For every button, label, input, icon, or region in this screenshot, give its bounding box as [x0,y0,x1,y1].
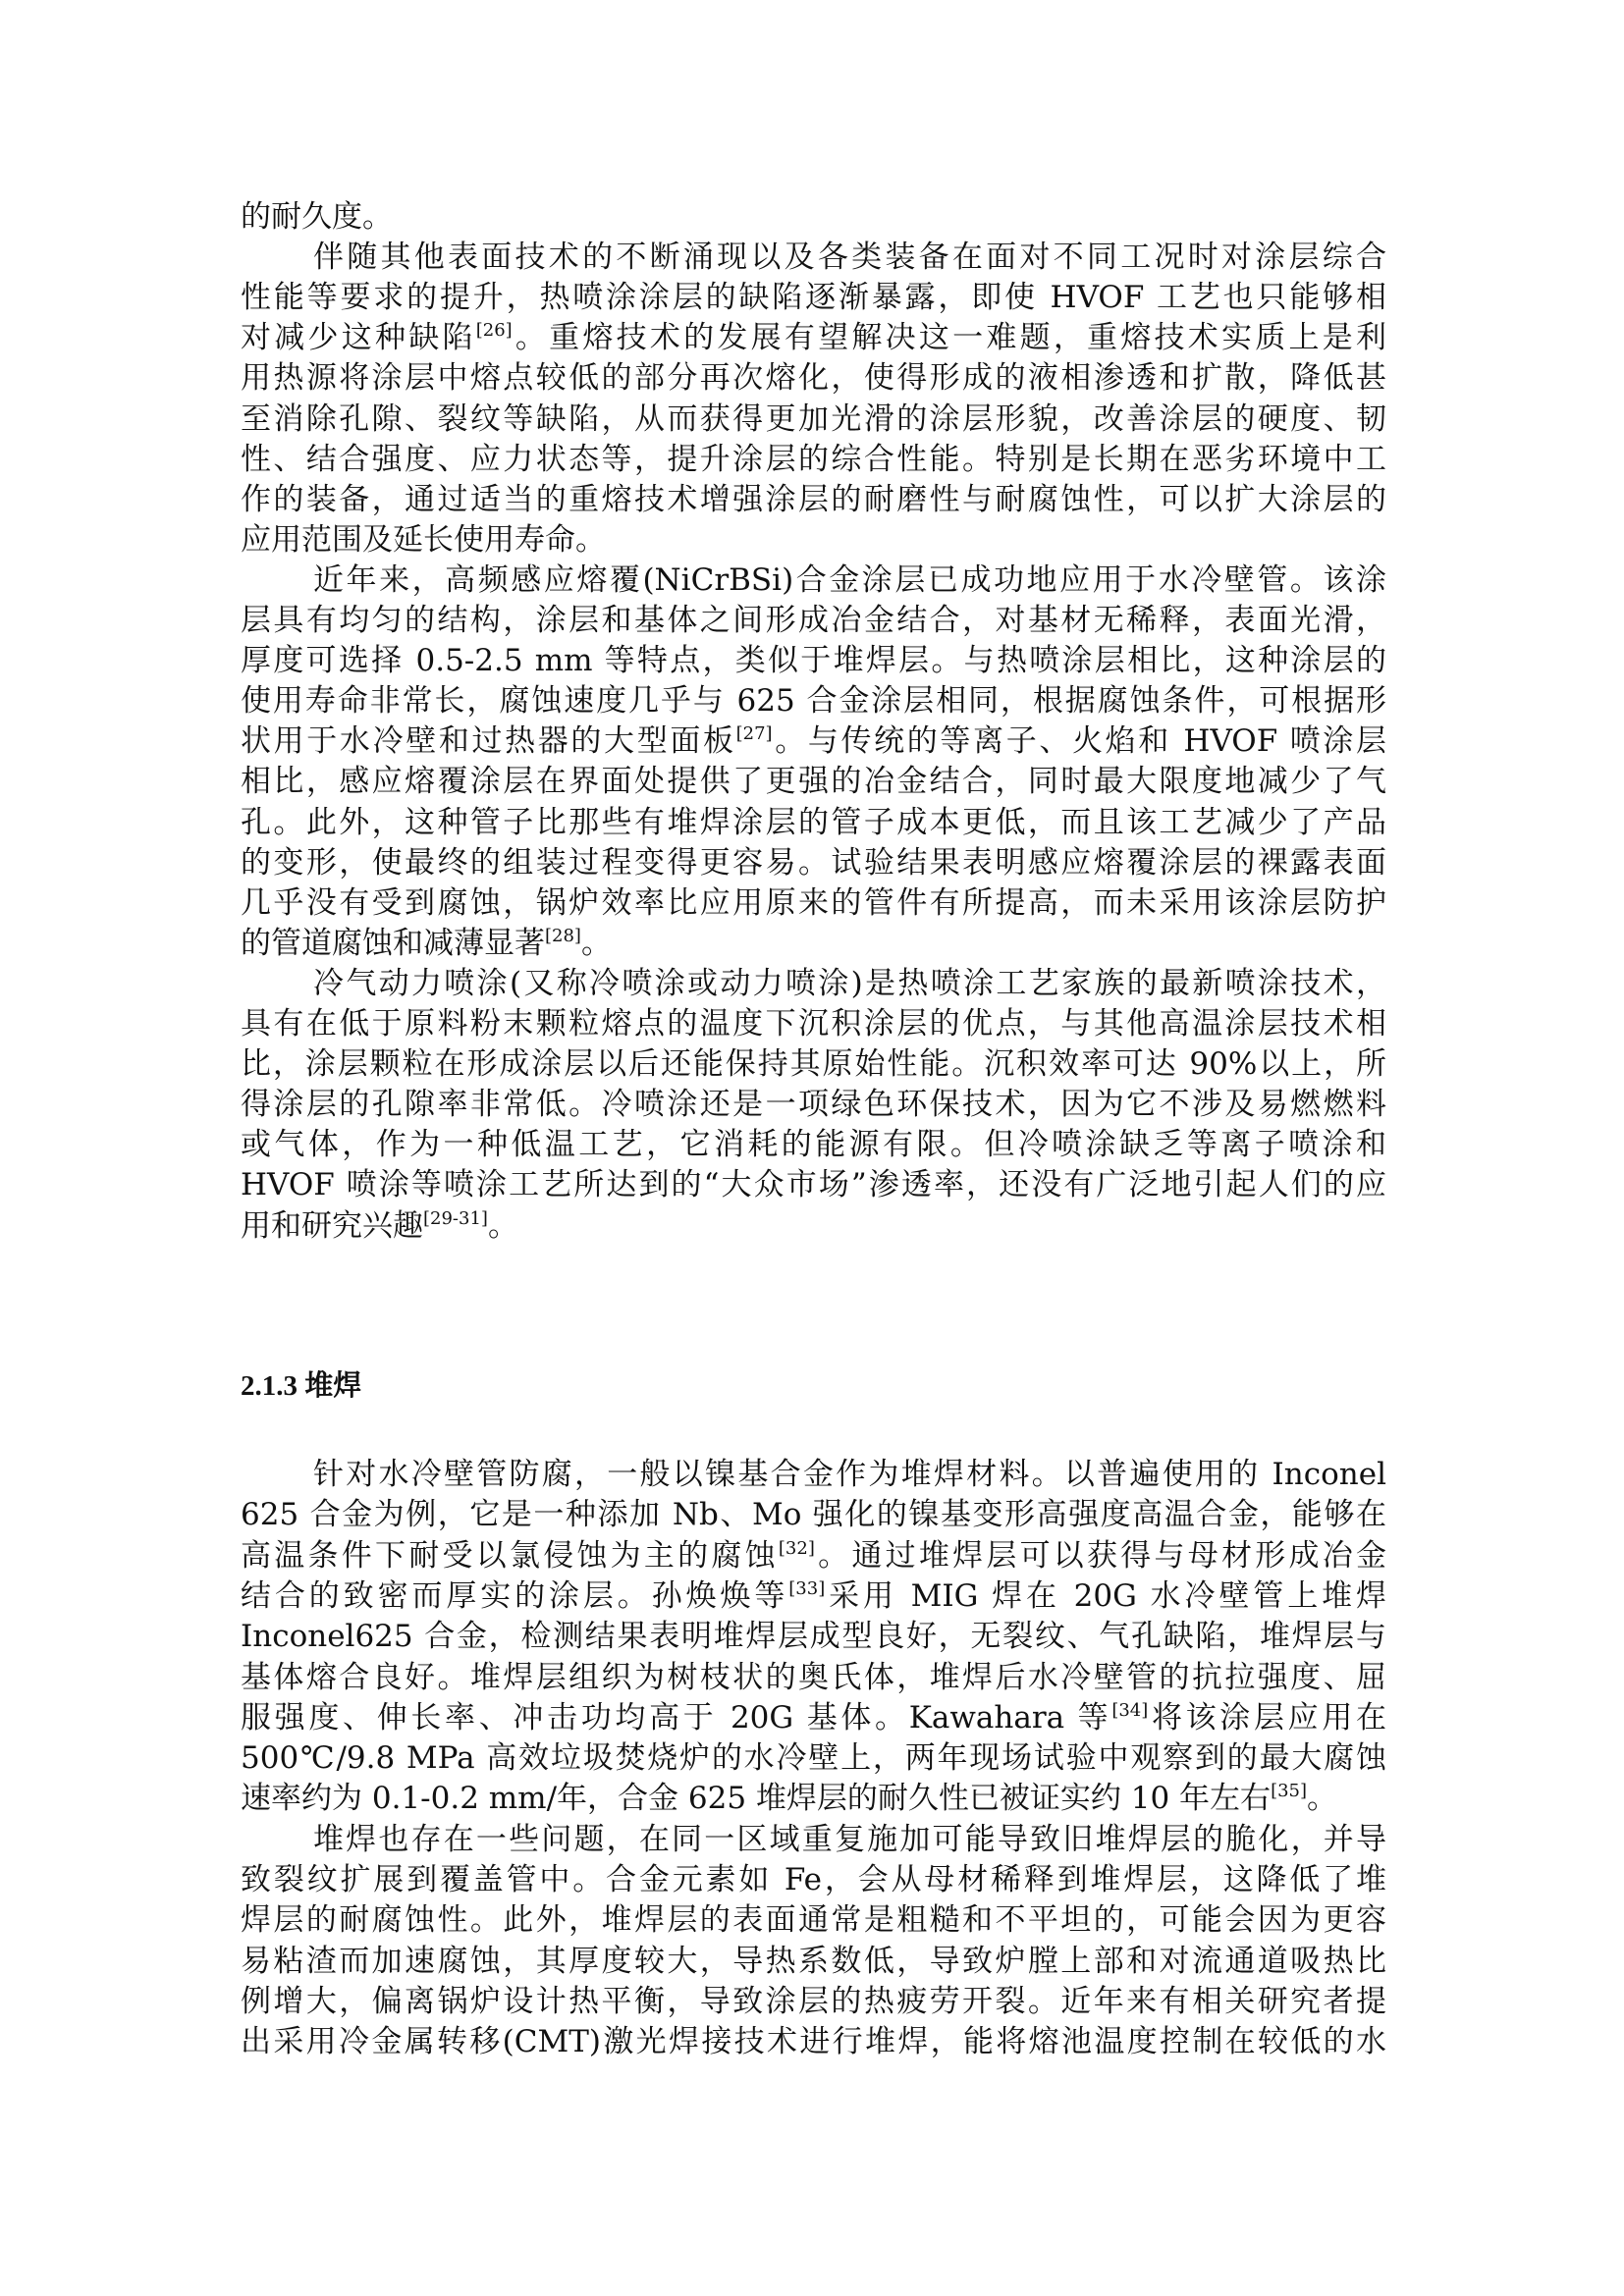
citation-reference: [29-31] [423,1208,488,1229]
line-text-continued: 采用 MIG 焊在 20G 水冷壁管上堆焊 [825,1578,1386,1614]
text-line: 用热源将涂层中熔点较低的部分再次熔化，使得形成的液相渗透和扩散，降低甚 [241,358,1386,398]
citation-reference: [32] [779,1538,815,1559]
text-line: 冷气动力喷涂(又称冷喷涂或动力喷涂)是热喷涂工艺家族的最新喷涂技术， [241,964,1386,1003]
text-line: 的耐久度。 [241,197,1386,237]
line-text: 层具有均匀的结构，涂层和基体之间形成冶金结合，对基材无稀释，表面光滑， [241,603,1386,638]
line-text: 用和研究兴趣 [241,1208,423,1244]
line-text: 基体熔合良好。堆焊层组织为树枝状的奥氏体，堆焊后水冷壁管的抗拉强度、屈 [241,1660,1386,1695]
text-line: 近年来，高频感应熔覆(NiCrBSi)合金涂层已成功地应用于水冷壁管。该涂 [241,561,1386,600]
line-text: 至消除孔隙、裂纹等缺陷，从而获得更加光滑的涂层形貌，改善涂层的硬度、韧 [241,401,1386,437]
citation-reference: [27] [736,723,773,744]
text-line: 得涂层的孔隙率非常低。冷喷涂还是一项绿色环保技术，因为它不涉及易燃燃料 [241,1085,1386,1124]
text-line: 速率约为 0.1-0.2 mm/年，合金 625 堆焊层的耐久性已被证实约 10… [241,1779,1386,1818]
line-text: 冷气动力喷涂(又称冷喷涂或动力喷涂)是热喷涂工艺家族的最新喷涂技术， [313,966,1386,1001]
text-line: 服强度、伸长率、冲击功均高于 20G 基体。Kawahara 等[34]将该涂层… [241,1698,1386,1737]
line-text: Inconel625 合金，检测结果表明堆焊层成型良好，无裂纹、气孔缺陷，堆焊层… [241,1619,1386,1654]
text-line: 致裂纹扩展到覆盖管中。合金元素如 Fe，会从母材稀释到堆焊层，这降低了堆 [241,1860,1386,1899]
line-text: 厚度可选择 0.5-2.5 mm 等特点，类似于堆焊层。与热喷涂层相比，这种涂层… [241,643,1386,678]
text-line: 易粘渣而加速腐蚀，其厚度较大，导热系数低，导致炉膛上部和对流通道吸热比 [241,1942,1386,1981]
citation-reference: [28] [545,926,581,946]
line-text-continued: 将该涂层应用在 [1148,1700,1386,1735]
line-text: 的变形，使最终的组装过程变得更容易。试验结果表明感应熔覆涂层的裸露表面 [241,845,1386,881]
line-text: 例增大，偏离锅炉设计热平衡，导致涂层的热疲劳开裂。近年来有相关研究者提 [241,1984,1386,2019]
line-text-continued: 。 [1307,1781,1337,1816]
text-line: 基体熔合良好。堆焊层组织为树枝状的奥氏体，堆焊后水冷壁管的抗拉强度、屈 [241,1658,1386,1697]
line-text: HVOF 喷涂等喷涂工艺所达到的“大众市场”渗透率，还没有广泛地引起人们的应 [241,1167,1386,1202]
line-text: 速率约为 0.1-0.2 mm/年，合金 625 堆焊层的耐久性已被证实约 10… [241,1781,1271,1816]
text-line: 至消除孔隙、裂纹等缺陷，从而获得更加光滑的涂层形貌，改善涂层的硬度、韧 [241,400,1386,439]
line-text-continued: 。 [581,926,612,961]
line-text-continued: 。与传统的等离子、火焰和 HVOF 喷涂层 [773,723,1386,759]
text-line: 出采用冷金属转移(CMT)激光焊接技术进行堆焊，能将熔池温度控制在较低的水 [241,2022,1386,2061]
text-line: 针对水冷壁管防腐，一般以镍基合金作为堆焊材料。以普遍使用的 Inconel [241,1455,1386,1494]
text-line: 作的装备，通过适当的重熔技术增强涂层的耐磨性与耐腐蚀性，可以扩大涂层的 [241,480,1386,519]
text-line: 堆焊也存在一些问题，在同一区域重复施加可能导致旧堆焊层的脆化，并导 [241,1820,1386,1859]
citation-reference: [26] [476,320,513,341]
text-line: 焊层的耐腐蚀性。此外，堆焊层的表面通常是粗糙和不平坦的，可能会因为更容 [241,1900,1386,1940]
line-text: 的管道腐蚀和减薄显著 [241,926,545,961]
line-text: 比，涂层颗粒在形成涂层以后还能保持其原始性能。沉积效率可达 90%以上，所 [241,1046,1386,1082]
line-text: 孔。此外，这种管子比那些有堆焊涂层的管子成本更低，而且该工艺减少了产品 [241,805,1386,840]
text-line: 孔。此外，这种管子比那些有堆焊涂层的管子成本更低，而且该工艺减少了产品 [241,803,1386,842]
text-line: HVOF 喷涂等喷涂工艺所达到的“大众市场”渗透率，还没有广泛地引起人们的应 [241,1165,1386,1204]
line-text: 具有在低于原料粉末颗粒熔点的温度下沉积涂层的优点，与其他高温涂层技术相 [241,1006,1386,1041]
line-text-continued: 。 [488,1208,518,1244]
text-line: 应用范围及延长使用寿命。 [241,520,1386,560]
line-text: 用热源将涂层中熔点较低的部分再次熔化，使得形成的液相渗透和扩散，降低甚 [241,360,1386,396]
line-text: 焊层的耐腐蚀性。此外，堆焊层的表面通常是粗糙和不平坦的，可能会因为更容 [241,1902,1386,1938]
line-text: 性、结合强度、应力状态等，提升涂层的综合性能。特别是长期在恶劣环境中工 [241,442,1386,477]
text-line: 用和研究兴趣[29-31]。 [241,1206,1386,1246]
line-text: 致裂纹扩展到覆盖管中。合金元素如 Fe，会从母材稀释到堆焊层，这降低了堆 [241,1862,1386,1897]
line-text: 堆焊也存在一些问题，在同一区域重复施加可能导致旧堆焊层的脆化，并导 [313,1822,1386,1857]
citation-reference: [35] [1271,1781,1307,1801]
text-line: 625 合金为例，它是一种添加 Nb、Mo 强化的镍基变形高强度高温合金，能够在 [241,1495,1386,1534]
line-text: 相比，感应熔覆涂层在界面处提供了更强的冶金结合，同时最大限度地减少了气 [241,764,1386,799]
line-text: 作的装备，通过适当的重熔技术增强涂层的耐磨性与耐腐蚀性，可以扩大涂层的 [241,482,1386,517]
document-page: 的耐久度。伴随其他表面技术的不断涌现以及各类装备在面对不同工况时对涂层综合性能等… [0,0,1624,2296]
text-line: Inconel625 合金，检测结果表明堆焊层成型良好，无裂纹、气孔缺陷，堆焊层… [241,1617,1386,1656]
citation-reference: [33] [788,1578,825,1599]
line-text: 500℃/9.8 MPa 高效垃圾焚烧炉的水冷壁上，两年现场试验中观察到的最大腐… [241,1740,1386,1776]
line-text: 使用寿命非常长，腐蚀速度几乎与 625 合金涂层相同，根据腐蚀条件，可根据形 [241,683,1386,719]
text-line: 或气体，作为一种低温工艺，它消耗的能源有限。但冷喷涂缺乏等离子喷涂和 [241,1125,1386,1164]
text-line: 的管道腐蚀和减薄显著[28]。 [241,924,1386,963]
line-text: 伴随其他表面技术的不断涌现以及各类装备在面对不同工况时对涂层综合 [313,240,1386,275]
text-line: 厚度可选择 0.5-2.5 mm 等特点，类似于堆焊层。与热喷涂层相比，这种涂层… [241,641,1386,680]
text-line: 相比，感应熔覆涂层在界面处提供了更强的冶金结合，同时最大限度地减少了气 [241,762,1386,801]
text-line: 层具有均匀的结构，涂层和基体之间形成冶金结合，对基材无稀释，表面光滑， [241,601,1386,640]
text-line: 结合的致密而厚实的涂层。孙焕焕等[33]采用 MIG 焊在 20G 水冷壁管上堆… [241,1576,1386,1616]
line-text-continued: 。通过堆焊层可以获得与母材形成冶金 [815,1538,1386,1574]
text-line: 比，涂层颗粒在形成涂层以后还能保持其原始性能。沉积效率可达 90%以上，所 [241,1044,1386,1084]
line-text: 针对水冷壁管防腐，一般以镍基合金作为堆焊材料。以普遍使用的 Inconel [313,1457,1386,1492]
line-text: 服强度、伸长率、冲击功均高于 20G 基体。Kawahara 等 [241,1700,1111,1735]
text-line: 状用于水冷壁和过热器的大型面板[27]。与传统的等离子、火焰和 HVOF 喷涂层 [241,721,1386,761]
text-line: 性能等要求的提升，热喷涂涂层的缺陷逐渐暴露，即使 HVOF 工艺也只能够相 [241,278,1386,317]
section-heading: 2.1.3 堆焊 [241,1366,361,1406]
citation-reference: [34] [1111,1700,1148,1721]
text-line: 500℃/9.8 MPa 高效垃圾焚烧炉的水冷壁上，两年现场试验中观察到的最大腐… [241,1738,1386,1778]
text-line: 高温条件下耐受以氯侵蚀为主的腐蚀[32]。通过堆焊层可以获得与母材形成冶金 [241,1536,1386,1575]
line-text: 的耐久度。 [241,199,393,235]
line-text: 得涂层的孔隙率非常低。冷喷涂还是一项绿色环保技术，因为它不涉及易燃燃料 [241,1087,1386,1122]
text-line: 使用寿命非常长，腐蚀速度几乎与 625 合金涂层相同，根据腐蚀条件，可根据形 [241,681,1386,721]
text-line: 具有在低于原料粉末颗粒熔点的温度下沉积涂层的优点，与其他高温涂层技术相 [241,1004,1386,1043]
line-text: 状用于水冷壁和过热器的大型面板 [241,723,736,759]
line-text: 性能等要求的提升，热喷涂涂层的缺陷逐渐暴露，即使 HVOF 工艺也只能够相 [241,280,1386,315]
line-text: 625 合金为例，它是一种添加 Nb、Mo 强化的镍基变形高强度高温合金，能够在 [241,1497,1386,1532]
line-text: 出采用冷金属转移(CMT)激光焊接技术进行堆焊，能将熔池温度控制在较低的水 [241,2024,1386,2059]
line-text: 应用范围及延长使用寿命。 [241,522,606,558]
line-text: 或气体，作为一种低温工艺，它消耗的能源有限。但冷喷涂缺乏等离子喷涂和 [241,1127,1386,1162]
text-line: 伴随其他表面技术的不断涌现以及各类装备在面对不同工况时对涂层综合 [241,238,1386,277]
line-text: 易粘渣而加速腐蚀，其厚度较大，导热系数低，导致炉膛上部和对流通道吸热比 [241,1944,1386,1979]
text-line: 性、结合强度、应力状态等，提升涂层的综合性能。特别是长期在恶劣环境中工 [241,440,1386,479]
text-line: 几乎没有受到腐蚀，锅炉效率比应用原来的管件有所提高，而未采用该涂层防护 [241,883,1386,923]
line-text: 结合的致密而厚实的涂层。孙焕焕等 [241,1578,788,1614]
line-text: 近年来，高频感应熔覆(NiCrBSi)合金涂层已成功地应用于水冷壁管。该涂 [313,562,1386,598]
line-text: 对减少这种缺陷 [241,320,476,355]
line-text: 高温条件下耐受以氯侵蚀为主的腐蚀 [241,1538,779,1574]
line-text-continued: 。重熔技术的发展有望解决这一难题，重熔技术实质上是利 [513,320,1386,355]
text-line: 对减少这种缺陷[26]。重熔技术的发展有望解决这一难题，重熔技术实质上是利 [241,318,1386,357]
text-line: 的变形，使最终的组装过程变得更容易。试验结果表明感应熔覆涂层的裸露表面 [241,843,1386,882]
text-line: 例增大，偏离锅炉设计热平衡，导致涂层的热疲劳开裂。近年来有相关研究者提 [241,1982,1386,2021]
line-text: 几乎没有受到腐蚀，锅炉效率比应用原来的管件有所提高，而未采用该涂层防护 [241,885,1386,921]
